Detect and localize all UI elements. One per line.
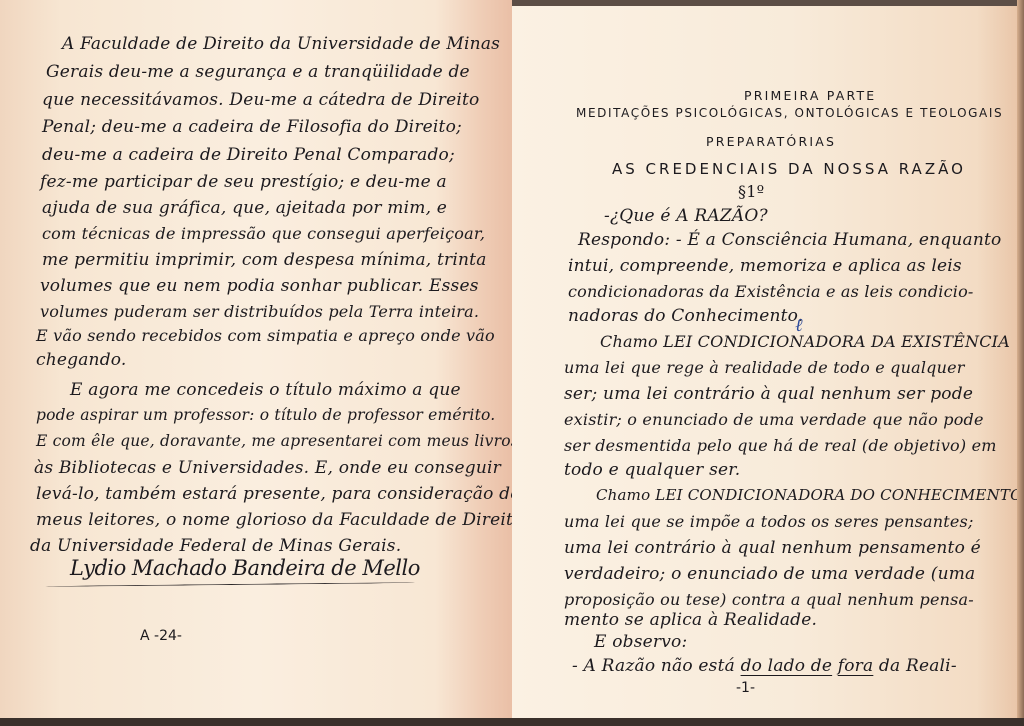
right-page: PRIMEIRA PARTE MEDITAÇÕES PSICOLÓGICAS, … xyxy=(512,0,1017,718)
part-subtitle-2: PREPARATÓRIAS xyxy=(706,134,836,149)
text-line: E com êle que, doravante, me apresentare… xyxy=(36,432,512,450)
section-title: AS CREDENCIAIS DA NOSSA RAZÃO xyxy=(612,160,966,178)
underlined-phrase: do lado de xyxy=(741,656,833,676)
text-line: intui, compreende, memoriza e aplica as … xyxy=(568,256,962,276)
text-line: pode aspirar um professor: o título de p… xyxy=(36,406,495,424)
text-line: todo e qualquer ser. xyxy=(564,460,740,480)
text-line: me permitiu imprimir, com despesa mínima… xyxy=(42,250,487,270)
signature: Lydio Machado Bandeira de Mello xyxy=(70,556,420,580)
text-line: uma lei que rege à realidade de todo e q… xyxy=(564,358,965,377)
text-line: Chamo LEI CONDICIONADORA DO CONHECIMENTO xyxy=(596,486,1017,504)
page-number: -1- xyxy=(736,680,755,696)
left-page: A Faculdade de Direito da Universidade d… xyxy=(0,0,512,718)
text-line: volumes puderam ser distribuídos pela Te… xyxy=(40,302,479,321)
text-line: deu-me a cadeira de Direito Penal Compar… xyxy=(42,145,455,165)
text-line: fez-me participar de seu prestígio; e de… xyxy=(40,172,447,192)
scan-top-edge xyxy=(512,0,1024,6)
text-line: mento se aplica à Realidade. xyxy=(564,610,817,630)
text-line: que necessitávamos. Deu-me a cátedra de … xyxy=(42,90,479,110)
underlined-word: fora xyxy=(838,656,874,676)
text-line: Gerais deu-me a segurança e a tranqüilid… xyxy=(46,62,470,82)
scan-bottom-edge xyxy=(0,718,1024,726)
text-line: A Faculdade de Direito da Universidade d… xyxy=(62,34,500,54)
text-line: E agora me concedeis o título máximo a q… xyxy=(70,380,461,400)
part-title: PRIMEIRA PARTE xyxy=(744,88,876,103)
text-line: ser; uma lei contrário à qual nenhum ser… xyxy=(564,384,973,404)
text-line: uma lei que se impõe a todos os seres pe… xyxy=(564,512,974,531)
text-line: E vão sendo recebidos com simpatia e apr… xyxy=(36,326,495,345)
text-line: chegando. xyxy=(36,350,127,370)
page-edge xyxy=(1017,0,1024,726)
text-line: meus leitores, o nome glorioso da Faculd… xyxy=(36,510,512,530)
signature-flourish xyxy=(45,582,415,587)
text-line: da Universidade Federal de Minas Gerais. xyxy=(30,536,401,556)
text-line: levá-lo, também estará presente, para co… xyxy=(36,484,512,504)
last-line-start: - A Razão não está xyxy=(572,656,741,676)
blue-ink-mark: ℓ xyxy=(795,315,803,336)
text-line: Respondo: - É a Consciência Humana, enqu… xyxy=(578,230,1002,250)
part-subtitle: MEDITAÇÕES PSICOLÓGICAS, ONTOLÓGICAS E T… xyxy=(576,106,1003,120)
text-line: Chamo LEI CONDICIONADORA DA EXISTÊNCIA xyxy=(600,332,1010,351)
last-line: - A Razão não está do lado de fora da Re… xyxy=(572,656,957,676)
text-line: condicionadoras da Existência e as leis … xyxy=(568,282,974,301)
text-line: volumes que eu nem podia sonhar publicar… xyxy=(40,276,479,296)
text-line: E observo: xyxy=(594,632,687,652)
text-line: com técnicas de impressão que consegui a… xyxy=(42,224,485,243)
text-line: verdadeiro; o enunciado de uma verdade (… xyxy=(564,564,975,584)
question: -¿Que é A RAZÃO? xyxy=(604,206,768,226)
section-number: §1º xyxy=(738,182,764,201)
text-line: Penal; deu-me a cadeira de Filosofia do … xyxy=(42,117,462,137)
last-line-end: da Reali- xyxy=(873,656,956,676)
text-line: nadoras do Conhecimento. xyxy=(568,306,803,326)
text-line: às Bibliotecas e Universidades. E, onde … xyxy=(34,458,501,478)
text-line: ajuda de sua gráfica, que, ajeitada por … xyxy=(42,198,447,218)
text-line: existir; o enunciado de uma verdade que … xyxy=(564,410,984,429)
text-line: ser desmentida pelo que há de real (de o… xyxy=(564,436,997,455)
text-line: uma lei contrário à qual nenhum pensamen… xyxy=(564,538,981,558)
page-number: A -24- xyxy=(140,628,182,644)
text-line: proposição ou tese) contra a qual nenhum… xyxy=(564,590,974,609)
